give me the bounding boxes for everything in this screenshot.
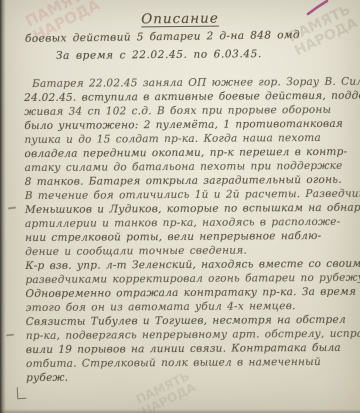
handwritten-line: живая 34 сп 102 с.д. В боях при прорыве … (24, 103, 354, 119)
handwritten-line: отбита. Стрелковый полк вышел в намеченн… (26, 355, 356, 371)
scan-edge-left (0, 0, 6, 413)
handwritten-line: атаку силами до батальона пехоты при под… (25, 159, 355, 175)
margin-dash-mark (6, 334, 14, 337)
handwritten-line: В течение боя отличились 1й и 2й расчеты… (25, 187, 355, 203)
document-title: Описание (0, 9, 360, 29)
handwritten-line: Батарея 22.02.45 заняла ОП южнее гор. Зо… (24, 75, 354, 91)
document-subtitle: боевых действий 5 батареи 2 д-на 848 омд (25, 29, 300, 45)
document-date-range: За время с 22.02.45. по 6.03.45. (56, 48, 262, 62)
document-body: Батарея 22.02.45 заняла ОП южнее гор. Зо… (24, 75, 356, 385)
handwritten-line: разведчиками корректировал огонь батареи… (25, 271, 355, 287)
handwritten-line: пушка и до 15 солдат пр-ка. Когда наша п… (24, 131, 354, 147)
document-page: ПАМЯТЬ НАРОДА ПАМЯТЬ НАРОДА ПАМЯТЬ НАРОД… (0, 0, 360, 413)
margin-bracket-mark (17, 387, 27, 399)
scan-edge-bottom (0, 409, 360, 413)
handwritten-line: артиллерии и танков пр-ка, находясь в ра… (25, 215, 355, 231)
handwritten-line: рубеж. (26, 369, 356, 385)
handwritten-line: дение и сообщали точные сведения. (25, 243, 355, 259)
handwritten-line: этого боя он из автомата убил 4-х немцев… (26, 299, 356, 315)
margin-dash-mark (8, 206, 16, 209)
handwritten-line: пр-ка, подвергаясь непрерывному арт. обс… (26, 327, 356, 343)
